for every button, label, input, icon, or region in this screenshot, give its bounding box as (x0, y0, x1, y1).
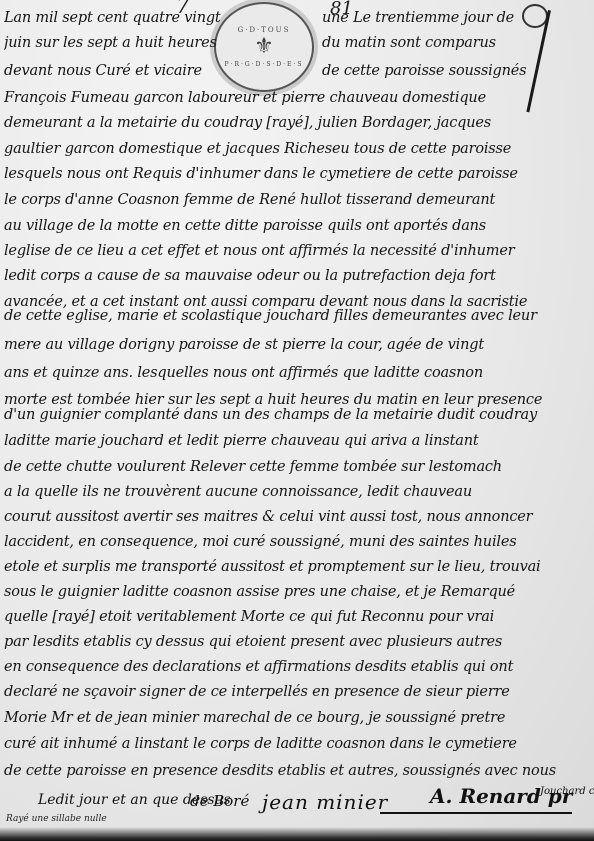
line-text: sous le guignier laditte coasnon assise … (4, 584, 515, 600)
line-text-right: de cette paroisse soussignés (322, 63, 526, 79)
signature-block: Ledit jour et an que dessus de Boré jean… (0, 792, 594, 832)
line-text: gaultier garcon domestique et jacques Ri… (4, 141, 511, 157)
text-line: en consequence des declarations et affir… (4, 659, 590, 675)
text-line: ans et quinze ans. lesquelles nous ont a… (4, 365, 590, 381)
line-text: le corps d'anne Coasnon femme de René hu… (4, 192, 495, 208)
line-text: devant nous Curé et vicaire (4, 63, 202, 79)
line-text: ans et quinze ans. lesquelles nous ont a… (4, 365, 483, 381)
text-line: le corps d'anne Coasnon femme de René hu… (4, 192, 590, 208)
text-line: courut aussitost avertir ses maitres & c… (4, 509, 590, 525)
line-text: demeurant a la metairie du coudray [rayé… (4, 115, 491, 131)
line-text: Lan mil sept cent quatre vingt (4, 10, 221, 26)
line-text: de cette chutte voulurent Relever cette … (4, 459, 502, 475)
text-line: mere au village dorigny paroisse de st p… (4, 337, 590, 353)
seal-top-text: G·D·TOUS (238, 26, 291, 34)
text-line: juin sur les sept a huit heures du matin… (4, 35, 590, 51)
text-line: etole et surplis me transporté aussitost… (4, 559, 590, 575)
text-line: de cette paroisse en presence desdits et… (4, 763, 590, 779)
text-line: curé ait inhumé a linstant le corps de l… (4, 736, 590, 752)
text-line: ledit corps a cause de sa mauvaise odeur… (4, 268, 590, 284)
text-line: de cette chutte voulurent Relever cette … (4, 459, 590, 475)
signature-jean-minier: jean minier (262, 790, 388, 814)
text-line: laditte marie jouchard et ledit pierre c… (4, 433, 590, 449)
line-text: au village de la motte en cette ditte pa… (4, 218, 486, 234)
text-line: gaultier garcon domestique et jacques Ri… (4, 141, 590, 157)
text-line: Morie Mr et de jean minier marechal de c… (4, 710, 590, 726)
text-line: quelle [rayé] etoit veritablement Morte … (4, 609, 590, 625)
text-line: Lan mil sept cent quatre vingt une Le tr… (4, 10, 590, 26)
line-text: declaré ne sçavoir signer de ce interpel… (4, 684, 510, 700)
line-text: en consequence des declarations et affir… (4, 659, 513, 675)
line-text: etole et surplis me transporté aussitost… (4, 559, 541, 575)
line-text: laccident, en consequence, moi curé sous… (4, 534, 516, 550)
line-text: François Fumeau garcon laboureur et pier… (4, 90, 486, 106)
line-text: curé ait inhumé a linstant le corps de l… (4, 736, 517, 752)
line-text-right: une Le trentiemme jour de (322, 10, 514, 26)
line-text: lesquels nous ont Requis d'inhumer dans … (4, 166, 518, 182)
line-text: laditte marie jouchard et ledit pierre c… (4, 433, 479, 449)
line-text: morte est tombée hier sur les sept a hui… (4, 392, 542, 408)
text-line: lesquels nous ont Requis d'inhumer dans … (4, 166, 590, 182)
line-text: juin sur les sept a huit heures (4, 35, 217, 51)
line-text: par lesdits etablis cy dessus qui etoien… (4, 634, 502, 650)
text-line: devant nous Curé et vicaire de cette par… (4, 63, 590, 79)
text-line: sous le guignier laditte coasnon assise … (4, 584, 590, 600)
line-text: Morie Mr et de jean minier marechal de c… (4, 710, 505, 726)
line-text-right: du matin sont comparus (322, 35, 496, 51)
line-text: courut aussitost avertir ses maitres & c… (4, 509, 532, 525)
text-line: d'un guignier complanté dans un des cham… (4, 407, 590, 423)
line-text: quelle [rayé] etoit veritablement Morte … (4, 609, 494, 625)
register-page: 7 81 G·D·TOUS ⚜ P·R·G·D·S·D·E·S Lan mil … (0, 0, 594, 841)
line-text: a la quelle ils ne trouvèrent aucune con… (4, 484, 472, 500)
text-line: de cette eglise, marie et scolastique jo… (4, 308, 590, 324)
line-text: leglise de ce lieu a cet effet et nous o… (4, 243, 514, 259)
text-line: au village de la motte en cette ditte pa… (4, 218, 590, 234)
text-line: declaré ne sçavoir signer de ce interpel… (4, 684, 590, 700)
text-line: a la quelle ils ne trouvèrent aucune con… (4, 484, 590, 500)
margin-correction-note: Rayé une sillabe nulle (6, 814, 107, 824)
line-text: mere au village dorigny paroisse de st p… (4, 337, 484, 353)
line-text: ledit corps a cause de sa mauvaise odeur… (4, 268, 496, 284)
text-line: leglise de ce lieu a cet effet et nous o… (4, 243, 590, 259)
line-text: de cette eglise, marie et scolastique jo… (4, 308, 537, 324)
signature-jouchard-cure: Jouchard curé (540, 786, 594, 797)
signature-bore: de Boré (190, 792, 249, 810)
text-line: laccident, en consequence, moi curé sous… (4, 534, 590, 550)
text-line: François Fumeau garcon laboureur et pier… (4, 90, 590, 106)
line-text: de cette paroisse en presence desdits et… (4, 763, 556, 779)
text-line: morte est tombée hier sur les sept a hui… (4, 392, 590, 408)
text-line: par lesdits etablis cy dessus qui etoien… (4, 634, 590, 650)
line-text: d'un guignier complanté dans un des cham… (4, 407, 537, 423)
text-line: demeurant a la metairie du coudray [rayé… (4, 115, 590, 131)
